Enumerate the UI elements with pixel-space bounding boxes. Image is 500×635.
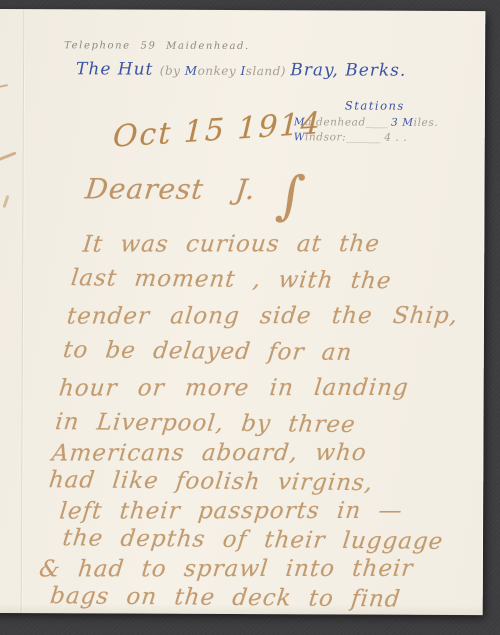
- leader-line: _____: [366, 117, 387, 129]
- address-segment: sland): [246, 64, 291, 78]
- body-line: to be delayed for an: [62, 336, 485, 369]
- address-segment: The Hut: [76, 59, 160, 79]
- station-distance-unit: 4 . .: [380, 132, 407, 144]
- salutation-text: Dearest J.: [84, 172, 258, 206]
- body-line: last moment , with the: [69, 264, 492, 297]
- address-segment: onkey: [198, 64, 241, 78]
- body-line: hour or more in landing: [58, 374, 481, 404]
- address-segment: (by: [160, 64, 185, 78]
- letterhead-telephone: Telephone 59 Maidenhead.: [64, 40, 250, 52]
- ink-smudge: [0, 84, 8, 88]
- ink-smudge: [3, 195, 10, 208]
- body-line: & had to sprawl into their: [38, 555, 461, 585]
- address-segment: Bray, Berks.: [290, 60, 406, 81]
- body-line: the depths of their luggage: [61, 524, 464, 557]
- station-distance-unit: iles.: [414, 117, 439, 129]
- body-line: Americans aboard, who: [50, 439, 473, 469]
- salutation-line: Dearest J.∫: [84, 172, 307, 206]
- letter-body: It was curious at the last moment , with…: [35, 229, 497, 614]
- letter-paper: Telephone 59 Maidenhead. The Hut (by Mon…: [0, 9, 485, 615]
- handwritten-date: Oct 15 1914: [112, 106, 322, 155]
- letterhead-address: The Hut (by Monkey Island) Bray, Berks.: [76, 59, 406, 80]
- body-line: bags on the deck to find: [49, 582, 458, 615]
- ink-smudge: [0, 151, 17, 161]
- body-line: in Liverpool, by three: [54, 408, 477, 441]
- body-line: left their passports in —: [58, 497, 467, 527]
- address-segment: M: [185, 64, 198, 78]
- body-line: It was curious at the: [81, 230, 496, 260]
- body-line: tender along side the Ship,: [65, 302, 488, 332]
- station-distance: 3 M: [387, 117, 414, 129]
- leader-line: ________: [346, 131, 380, 143]
- fold-crease: [21, 9, 25, 613]
- body-line: had like foolish virgins,: [47, 466, 470, 499]
